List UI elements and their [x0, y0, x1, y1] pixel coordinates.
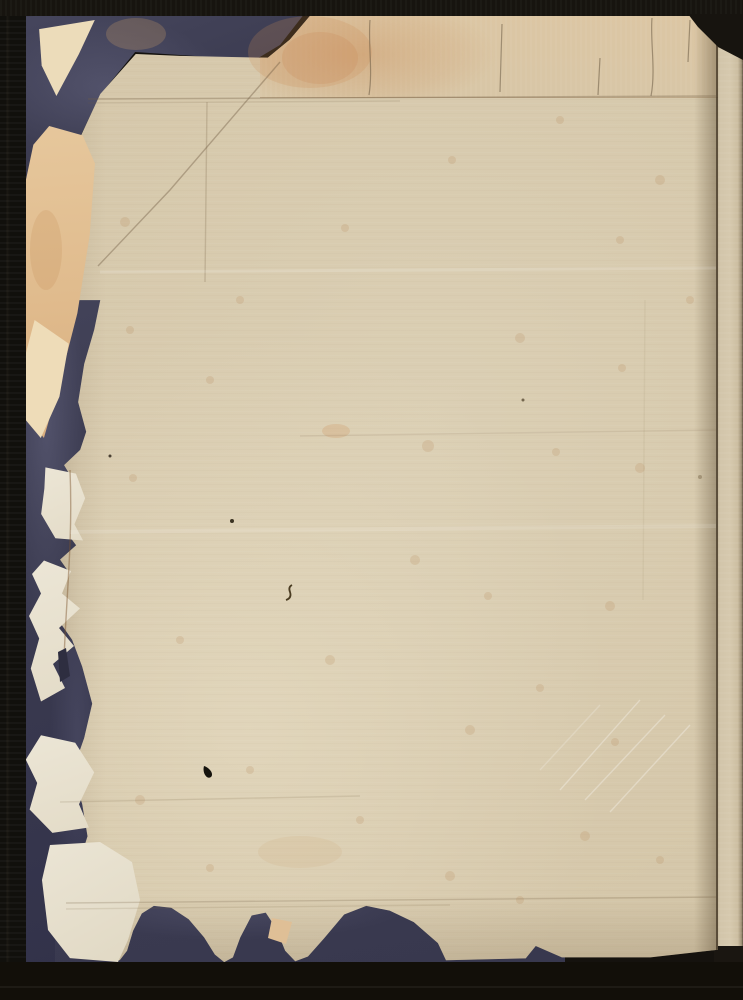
scan-border-bottom [0, 962, 743, 1000]
adjacent-page-strip [714, 14, 743, 958]
scan-border-top [0, 0, 743, 16]
gutter-fold-shadow [694, 12, 718, 966]
pastedown-paper [48, 12, 718, 966]
scan-border-bottom-seam [0, 986, 743, 988]
scanned-book-page [0, 0, 743, 1000]
paper-top-band [260, 12, 718, 98]
scan-border-left [0, 0, 26, 1000]
